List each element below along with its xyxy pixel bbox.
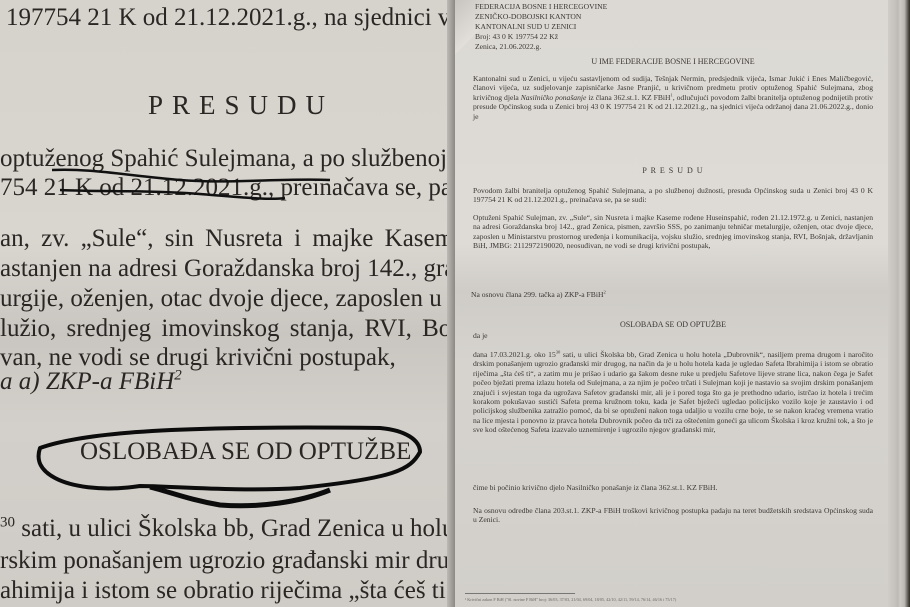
intro-paragraph: Kantonalni sud u Zenici, u vijeću sastav…: [473, 74, 873, 121]
verdict-title: P R E S U D U: [473, 166, 873, 175]
page-edge: [447, 0, 455, 607]
full-document-page: FEDERACIJA BOSNE I HERCEGOVINE ZENIČKO-D…: [455, 0, 910, 607]
zoomed-document-photo: 197754 21 K od 21.12.2021.g., na sjednic…: [0, 0, 455, 607]
header-line: FEDERACIJA BOSNE I HERCEGOVINE: [475, 2, 607, 11]
case-number: Broj: 43 0 K 197754 22 Kž: [475, 32, 558, 41]
paragraph-offense: čime bi počinio krivično djelo Nasilničk…: [473, 483, 873, 492]
footnote-divider: [465, 593, 575, 594]
legal-basis: Na osnovu člana 299. tačka a) ZKP-a FBiH…: [471, 290, 606, 299]
paragraph-accused: Optuženi Spahić Sulejman, zv. „Sule“, si…: [473, 213, 873, 251]
paragraph-facts: dana 17.03.2021.g. oko 1530 sati, u ulic…: [473, 350, 873, 435]
da-je: da je: [473, 331, 488, 340]
in-name-heading: U IME FEDERACIJE BOSNE I HERCEGOVINE: [473, 57, 873, 66]
paragraph-costs: Na osnovu odredbe člana 203.st.1. ZKP-a …: [473, 506, 873, 525]
pen-markings: [0, 0, 455, 607]
header-line: KANTONALNI SUD U ZENICI: [475, 22, 576, 31]
paragraph-amendment: Povodom žalbi branitelja optuženog Spahi…: [473, 186, 873, 205]
document-date: Zenica, 21.06.2022.g.: [475, 42, 541, 51]
page-stack-edge: [888, 0, 910, 607]
acquittal-heading: OSLOBAĐA SE OD OPTUŽBE: [473, 320, 873, 329]
header-line: ZENIČKO-DOBOJSKI KANTON: [475, 12, 581, 21]
footnote: ¹ Krivični zakon F BiH ("Sl. novine F Bi…: [465, 597, 676, 602]
